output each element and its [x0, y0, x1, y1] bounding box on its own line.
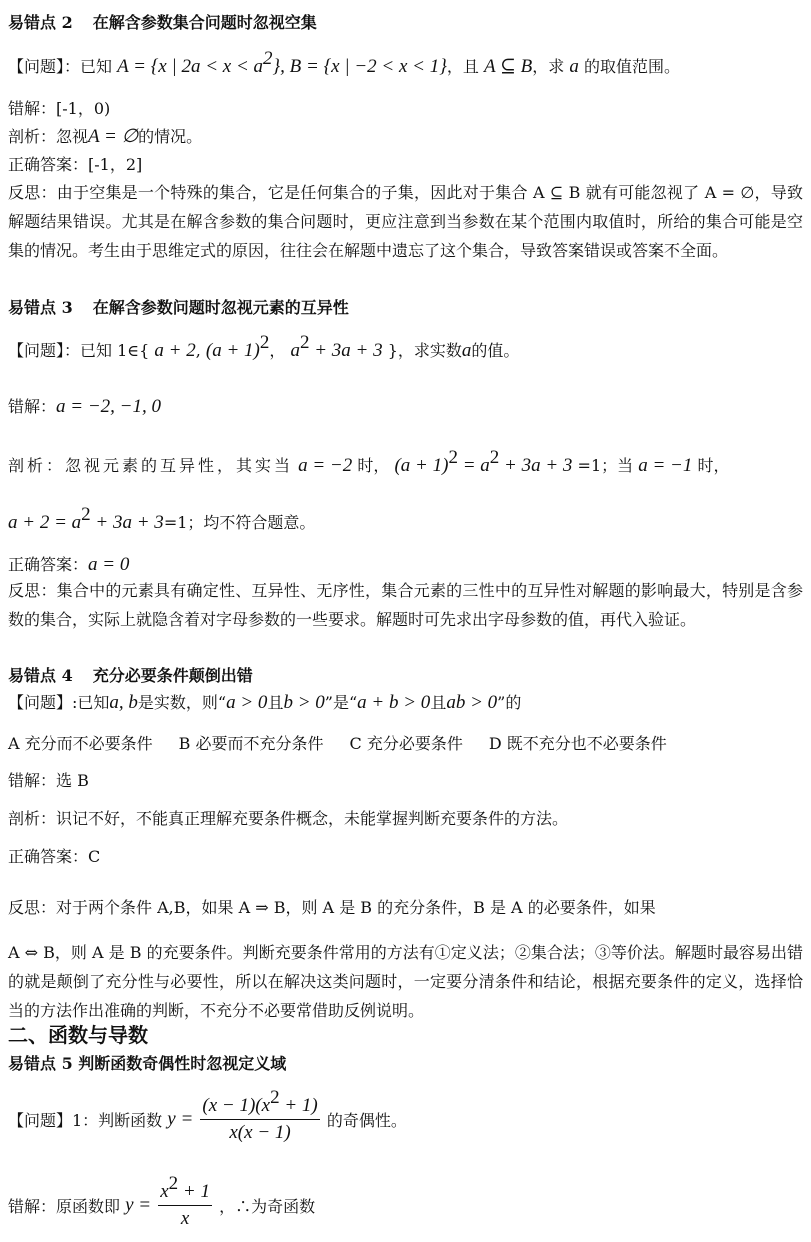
wrong-answer-4: 错解：选 B: [8, 770, 89, 792]
text: 错解：原函数即: [8, 1197, 120, 1216]
text: ，且: [447, 57, 479, 76]
text: 且: [267, 693, 283, 712]
heading-text: 在解含参数集合问题时忽视空集: [93, 13, 317, 32]
math: A = ∅: [88, 126, 138, 147]
math: a, b: [109, 692, 138, 713]
math-sup: 2: [81, 504, 91, 525]
math: x: [160, 1181, 168, 1202]
reflection-3: 反思：集合中的元素具有确定性、互异性、无序性，集合元素的三性中的互异性对解题的影…: [8, 576, 803, 634]
text: 的值。: [471, 341, 519, 360]
math: + 1: [178, 1181, 210, 1202]
section-heading-4: 易错点 4充分必要条件颠倒出错: [8, 665, 253, 687]
text: 剖析：忽视: [8, 127, 88, 146]
math: A ⊆ B: [484, 56, 532, 77]
text: 正确答案：: [8, 555, 88, 574]
analysis-4: 剖析：识记不好，不能真正理解充要条件概念，未能掌握判断充要条件的方法。: [8, 808, 568, 830]
text: 的奇偶性。: [327, 1111, 407, 1130]
question-2: 【问题】：已知 A = {x | 2a < x < a2}, B = {x | …: [8, 56, 680, 78]
option-d: D 既不充分也不必要条件: [489, 734, 667, 753]
denominator: x: [179, 1206, 191, 1231]
option-c: C 充分必要条件: [350, 734, 463, 753]
wrong-answer-2: 错解：[-1，0): [8, 98, 110, 120]
heading-text: 在解含参数问题时忽视元素的互异性: [93, 298, 349, 317]
math: a + 2 = a: [8, 512, 81, 533]
text: 是实数，则“: [138, 693, 226, 712]
math: a: [290, 340, 300, 361]
correct-answer-3: 正确答案：a = 0: [8, 554, 129, 576]
section-heading-3: 易错点 3在解含参数问题时忽视元素的互异性: [8, 297, 349, 319]
correct-answer-2: 正确答案：[-1，2]: [8, 154, 142, 176]
math: (x − 1)(x: [202, 1095, 270, 1116]
text: 错解：: [8, 397, 56, 416]
math-sup: 2: [490, 447, 500, 468]
math: a > 0: [226, 692, 267, 713]
math: + 3a + 3: [91, 512, 164, 533]
math: }, B = {x | −2 < x < 1}: [273, 56, 447, 77]
math: + 3a + 3: [309, 340, 382, 361]
math-sup: 2: [263, 48, 273, 69]
question-3: 【问题】：已知 1∈{ a + 2, (a + 1)2， a2 + 3a + 3…: [8, 340, 519, 362]
text: 时，: [357, 456, 389, 475]
math: = a: [458, 455, 490, 476]
heading-number: 易错点 3: [8, 298, 73, 317]
math: a = −2, −1, 0: [56, 396, 161, 417]
question-label: 【问题】：: [8, 341, 80, 360]
question-5: 【问题】1：判断函数 y = (x − 1)(x2 + 1) x(x − 1) …: [8, 1094, 407, 1145]
math: a: [462, 340, 472, 361]
question-4: 【问题】:已知a, b是实数，则“a > 0且b > 0”是“a + b > 0…: [8, 692, 521, 714]
heading-number: 易错点 2: [8, 13, 73, 32]
question-label: 【问题】：: [8, 57, 80, 76]
math-sup: 2: [448, 447, 458, 468]
reflection-4-rest: A ⇔ B，则 A 是 B 的充要条件。判断充要条件常用的方法有①定义法；②集合…: [8, 938, 803, 1025]
wrong-answer-3: 错解：a = −2, −1, 0: [8, 396, 161, 418]
correct-answer-4: 正确答案：C: [8, 846, 100, 868]
fraction: (x − 1)(x2 + 1) x(x − 1): [200, 1094, 319, 1145]
math: y =: [125, 1195, 151, 1216]
text: ”是“: [325, 693, 357, 712]
text: ，求: [532, 57, 564, 76]
math: (a + 1): [206, 340, 260, 361]
text: 时，: [697, 456, 729, 475]
text: 剖析：忽视元素的互异性，其实当: [8, 456, 293, 475]
option-a: A 充分而不必要条件: [8, 734, 153, 753]
math: a = −1: [638, 455, 692, 476]
fraction: x2 + 1 x: [158, 1180, 212, 1231]
math: + 3a + 3: [499, 455, 572, 476]
math: b > 0: [283, 692, 324, 713]
reflection-2: 反思：由于空集是一个特殊的集合，它是任何集合的子集，因此对于集合 A ⊆ B 就…: [8, 178, 803, 265]
math: + 1): [280, 1095, 318, 1116]
text: 已知 1∈{: [80, 341, 149, 360]
options-4: A 充分而不必要条件B 必要而不充分条件C 充分必要条件D 既不充分也不必要条件: [8, 733, 667, 755]
analysis-2: 剖析：忽视A = ∅的情况。: [8, 126, 202, 148]
math: (a + 1): [394, 455, 448, 476]
section-heading-5: 易错点 5 判断函数奇偶性时忽视定义域: [8, 1053, 286, 1075]
math-sup: 2: [270, 1087, 280, 1108]
option-b: B 必要而不充分条件: [179, 734, 324, 753]
heading-number: 易错点 4: [8, 666, 73, 685]
reflection-4-line1: 反思：对于两个条件 A,B，如果 A ⇒ B，则 A 是 B 的充分条件，B 是…: [8, 897, 656, 919]
math: a + b > 0: [357, 692, 430, 713]
numerator: (x − 1)(x2 + 1): [200, 1094, 319, 1120]
analysis-3-line2: a + 2 = a2 + 3a + 3=1；均不符合题意。: [8, 512, 315, 534]
math: a = 0: [88, 554, 129, 575]
text: 且: [430, 693, 446, 712]
text: 已知: [77, 693, 109, 712]
math-sup: 2: [169, 1173, 179, 1194]
heading-text: 充分必要条件颠倒出错: [93, 666, 253, 685]
section-heading-2: 易错点 2在解含参数集合问题时忽视空集: [8, 12, 317, 34]
text: 已知: [80, 57, 112, 76]
chapter-title: 二、函数与导数: [8, 1024, 148, 1046]
text: 的情况。: [138, 127, 202, 146]
math-sup: 2: [260, 332, 270, 353]
analysis-3-line1: 剖析：忽视元素的互异性，其实当 a = −2 时， (a + 1)2 = a2 …: [8, 455, 729, 477]
text: =1；均不符合题意。: [164, 513, 316, 532]
numerator: x2 + 1: [158, 1180, 212, 1206]
math: ab > 0: [446, 692, 497, 713]
math: a: [569, 56, 579, 77]
question-label: 【问题】1：判断函数: [8, 1111, 162, 1130]
denominator: x(x − 1): [227, 1120, 292, 1145]
math: a = −2: [298, 455, 352, 476]
text: ”的: [497, 693, 521, 712]
text: 的取值范围。: [584, 57, 680, 76]
text: =1；当: [578, 456, 634, 475]
question-label: 【问题】:: [8, 693, 77, 712]
math: a + 2: [154, 340, 195, 361]
math: y =: [167, 1109, 193, 1130]
wrong-answer-5: 错解：原函数即 y = x2 + 1 x ，∴为奇函数: [8, 1180, 315, 1231]
math: A = {x | 2a < x < a: [117, 56, 263, 77]
text: ，∴为奇函数: [219, 1197, 315, 1216]
text: }，求实数: [388, 341, 462, 360]
